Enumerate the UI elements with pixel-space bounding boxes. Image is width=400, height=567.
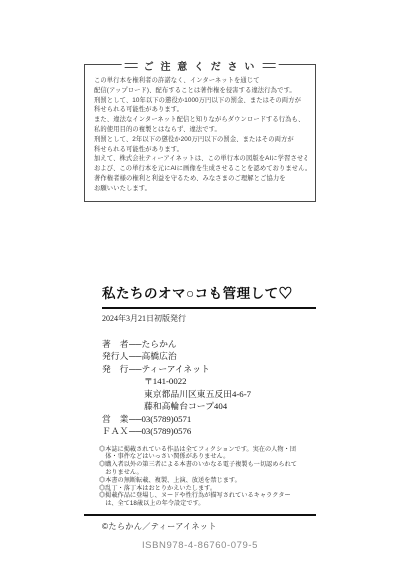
legend-line-right-icon [262,63,275,68]
notice-text: この単行本を権利者の許諾なく、インターネットを通じて 配信(アップロード)、配布… [94,76,307,194]
credit-row: 発行人──高橋広治 [102,350,316,363]
legal-note-item: ◎購入者以外の第三者による本書のいかなる電子複製も一切認められておりません。 [99,461,303,477]
credit-rows: 著 者──たらかん 発行人──高橋広治 発 行──ティーアイネット [102,338,316,376]
isbn-number: ISBN978-4-86760-079-5 [84,540,316,551]
notice-line: 科せられる可能性があります。 [94,105,307,115]
legend-line-left-icon [125,63,138,68]
legal-note-item: ◎本書の無断転載、複製、上演、放送を禁じます。 [99,477,303,485]
notice-line: 加えて、株式会社ティーアイネットは、この単行本の図版をAIに学習させること、 [94,154,307,164]
notice-line: この単行本を権利者の許諾なく、インターネットを通じて [94,76,307,86]
credit-value: ティーアイネット [141,364,209,374]
credit-row: 発 行──ティーアイネット [102,363,316,376]
contact-dash: ── [129,413,141,426]
credit-value: たらかん [141,339,176,349]
notice-line: 私的使用目的の複製とはならず、違法です。 [94,125,307,135]
notice-line: 科せられる可能性があります。 [94,145,307,155]
address-line: 〒141-0022 [144,375,316,388]
address-line: 東京都品川区東五反田4-6-7 [144,388,316,401]
credit-dash: ── [129,363,141,376]
contact-row: 営 業──03(5789)0571 [102,413,316,426]
book-title: 私たちのオマ○コも管理して♡ [102,282,316,302]
title-block: 私たちのオマ○コも管理して♡ 2024年3月21日初版発行 [102,282,316,324]
legal-note-item: ◎掲載作品に登場し、ヌードや性行為が描写されているキャラクターは、全て18歳以上… [99,492,303,508]
credit-label: 発行人 [102,350,129,363]
contact-dash: ── [129,425,141,438]
edition-date: 2024年3月21日初版発行 [102,313,316,324]
notice-line: 著作権者様の権利と利益を守るため、みなさまのご理解とご協力を [94,174,307,184]
credit-dash: ── [129,338,141,351]
notice-box-title: ご 注 意 く だ さ い [144,58,257,73]
notice-line: 刑罰として、2年以下の懲役か200万円以下の罰金、またはその両方が [94,135,307,145]
contact-value: 03(5789)0571 [141,414,191,424]
credit-value: 高橋広治 [141,351,176,361]
title-divider [102,307,316,309]
address-line: 藤和高輪台コープ404 [144,400,316,413]
notice-line: また、違法なインターネット配信と知りながらダウンロードする行為も、 [94,115,307,125]
legal-notes: ◎本誌に掲載されている作品は全てフィクションです。実在の人物・団体・事件などはい… [99,446,303,508]
credit-row: 著 者──たらかん [102,338,316,351]
notice-line: 配信(アップロード)、配布することは著作権を侵害する違法行為です。 [94,86,307,96]
publisher-address: 〒141-0022 東京都品川区東五反田4-6-7 藤和高輪台コープ404 [144,375,316,413]
contact-label: 営 業 [102,413,129,426]
contact-label: ＦＡＸ [102,425,129,438]
colophon-page: ご 注 意 く だ さ い この単行本を権利者の許諾なく、インターネットを通じて… [0,0,400,567]
credit-label: 著 者 [102,338,129,351]
bottom-divider [84,514,316,516]
legal-note-item: ◎本誌に掲載されている作品は全てフィクションです。実在の人物・団体・事件などはい… [99,446,303,462]
contact-rows: 営 業──03(5789)0571 ＦＡＸ──03(5789)0576 [102,413,316,438]
notice-line: 刑罰として、10年以下の懲役か1000万円以下の罰金、またはその両方が [94,96,307,106]
copyright-line: ©たらかん／ティーアイネット [102,521,316,532]
contact-row: ＦＡＸ──03(5789)0576 [102,425,316,438]
colophon-content: ご 注 意 く だ さ い この単行本を権利者の許諾なく、インターネットを通じて… [84,64,316,551]
credits-block: 著 者──たらかん 発行人──高橋広治 発 行──ティーアイネット 〒141-0… [102,338,316,438]
notice-box: ご 注 意 く だ さ い この単行本を権利者の許諾なく、インターネットを通じて… [84,64,316,202]
credit-dash: ── [129,350,141,363]
contact-value: 03(5789)0576 [141,426,191,436]
notice-line: および、この単行本を元にAIに画像を生成させることを認めておりません。 [94,164,307,174]
credit-label: 発 行 [102,363,129,376]
notice-box-legend: ご 注 意 く だ さ い [122,58,279,73]
notice-line: お願いいたします。 [94,184,307,194]
